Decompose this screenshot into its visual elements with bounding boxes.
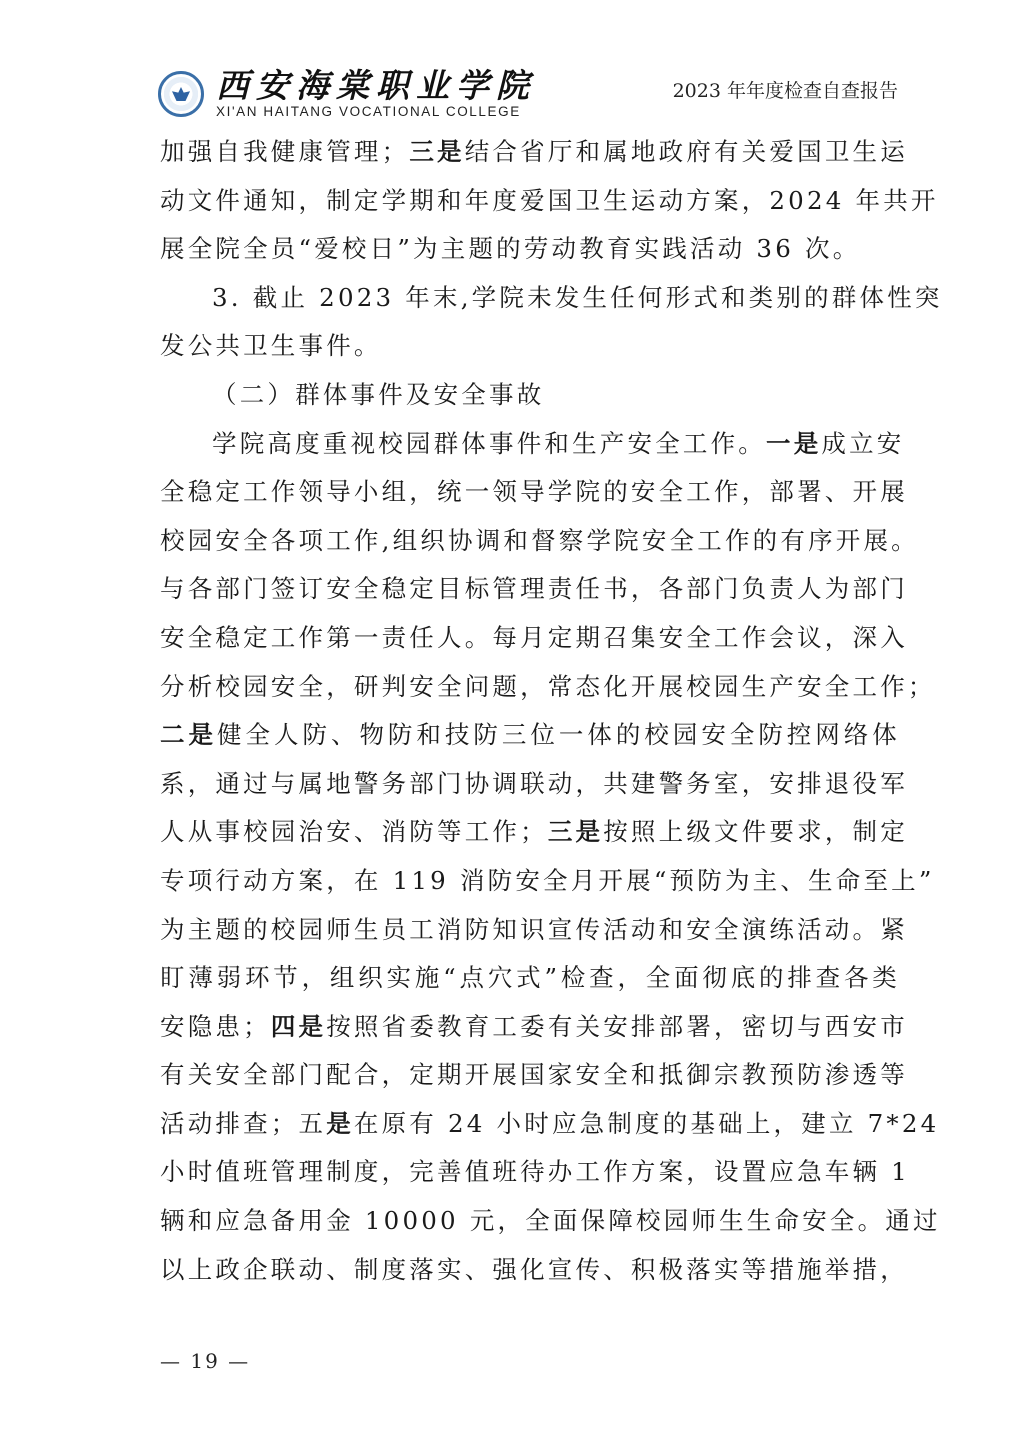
text-line: 动文件通知，制定学期和年度爱国卫生运动方案，2024 年共开	[160, 177, 900, 226]
college-logo: 西安海棠职业学院 XI'AN HAITANG VOCATIONAL COLLEG…	[158, 68, 536, 120]
college-name-en: XI'AN HAITANG VOCATIONAL COLLEGE	[216, 104, 536, 120]
text-line: 展全院全员“爱校日”为主题的劳动教育实践活动 36 次。	[160, 225, 900, 274]
report-title: 2023 年年度检查自查报告	[673, 76, 898, 103]
text-segment: 3. 截止 2023 年末,学院未发生任何形式和类别的群体性突	[212, 283, 943, 312]
text-line: 加强自我健康管理；三是结合省厅和属地政府有关爱国卫生运	[160, 128, 900, 177]
text-line: 盯薄弱环节，组织实施“点穴式”检查，全面彻底的排查各类	[160, 954, 900, 1003]
college-name-cn: 西安海棠职业学院	[216, 68, 536, 104]
bold-marker: 二是	[160, 720, 217, 749]
college-name-block: 西安海棠职业学院 XI'AN HAITANG VOCATIONAL COLLEG…	[216, 68, 536, 120]
college-seal-icon	[158, 71, 204, 117]
text-segment: 辆和应急备用金 10000 元，全面保障校园师生生命安全。通过	[160, 1206, 941, 1235]
text-segment: 成立安	[821, 429, 904, 458]
text-segment: 有关安全部门配合，定期开展国家安全和抵御宗教预防渗透等	[160, 1060, 908, 1089]
text-segment: 在原有 24 小时应急制度的基础上，建立 7*24	[354, 1109, 940, 1138]
bold-marker: 四是	[271, 1012, 326, 1041]
text-line: 学院高度重视校园群体事件和生产安全工作。一是成立安	[160, 420, 900, 469]
section-heading: （二）群体事件及安全事故	[160, 371, 900, 420]
text-line: 与各部门签订安全稳定目标管理责任书，各部门负责人为部门	[160, 565, 900, 614]
text-segment: （二）群体事件及安全事故	[212, 380, 544, 409]
text-segment: 按照上级文件要求，制定	[603, 817, 908, 846]
text-segment: 按照省委教育工委有关安排部署，密切与西安市	[326, 1012, 908, 1041]
text-segment: 学院高度重视校园群体事件和生产安全工作。	[212, 429, 766, 458]
text-segment: 人从事校园治安、消防等工作；	[160, 817, 548, 846]
bold-marker: 一是	[766, 429, 821, 458]
text-segment: 结合省厅和属地政府有关爱国卫生运	[465, 137, 908, 166]
text-segment: 专项行动方案，在 119 消防安全月开展“预防为主、生命至上”	[160, 866, 935, 895]
text-line: 人从事校园治安、消防等工作；三是按照上级文件要求，制定	[160, 808, 900, 857]
text-line: 3. 截止 2023 年末,学院未发生任何形式和类别的群体性突	[160, 274, 900, 323]
text-segment: 健全人防、物防和技防三位一体的校园安全防控网络体	[217, 720, 900, 749]
text-segment: 动文件通知，制定学期和年度爱国卫生运动方案，2024 年共开	[160, 186, 939, 215]
text-line: 系，通过与属地警务部门协调联动，共建警务室，安排退役军	[160, 760, 900, 809]
text-line: 安隐患；四是按照省委教育工委有关安排部署，密切与西安市	[160, 1003, 900, 1052]
text-line: 分析校园安全，研判安全问题，常态化开展校园生产安全工作；	[160, 663, 900, 712]
text-segment: 系，通过与属地警务部门协调联动，共建警务室，安排退役军	[160, 769, 908, 798]
text-segment: 分析校园安全，研判安全问题，常态化开展校园生产安全工作；	[160, 672, 936, 701]
text-line: 为主题的校园师生员工消防知识宣传活动和安全演练活动。紧	[160, 906, 900, 955]
text-line: 发公共卫生事件。	[160, 322, 900, 371]
text-segment: 发公共卫生事件。	[160, 331, 382, 360]
text-segment: 安全稳定工作第一责任人。每月定期召集安全工作会议，深入	[160, 623, 908, 652]
text-segment: 活动排查；五	[160, 1109, 326, 1138]
text-segment: 盯薄弱环节，组织实施“点穴式”检查，全面彻底的排查各类	[160, 963, 900, 992]
text-line: 辆和应急备用金 10000 元，全面保障校园师生生命安全。通过	[160, 1197, 900, 1246]
bold-marker: 三是	[548, 817, 603, 846]
text-line: 活动排查；五是在原有 24 小时应急制度的基础上，建立 7*24	[160, 1100, 900, 1149]
page-number: — 19 —	[160, 1349, 250, 1373]
page-header: 西安海棠职业学院 XI'AN HAITANG VOCATIONAL COLLEG…	[158, 68, 898, 124]
text-segment: 安隐患；	[160, 1012, 271, 1041]
text-segment: 加强自我健康管理；	[160, 137, 409, 166]
text-segment: 与各部门签订安全稳定目标管理责任书，各部门负责人为部门	[160, 574, 908, 603]
text-segment: 小时值班管理制度，完善值班待办工作方案，设置应急车辆 1	[160, 1157, 910, 1186]
text-line: 有关安全部门配合，定期开展国家安全和抵御宗教预防渗透等	[160, 1051, 900, 1100]
text-segment: 以上政企联动、制度落实、强化宣传、积极落实等措施举措，	[160, 1255, 908, 1284]
text-segment: 校园安全各项工作,组织协调和督察学院安全工作的有序开展。	[160, 526, 919, 555]
text-segment: 展全院全员“爱校日”为主题的劳动教育实践活动 36 次。	[160, 234, 860, 263]
bold-marker: 三是	[409, 137, 464, 166]
text-segment: 全稳定工作领导小组，统一领导学院的安全工作，部署、开展	[160, 477, 908, 506]
text-line: 专项行动方案，在 119 消防安全月开展“预防为主、生命至上”	[160, 857, 900, 906]
crown-emblem-icon	[172, 87, 190, 101]
bold-marker: 是	[326, 1109, 354, 1138]
text-line: 二是健全人防、物防和技防三位一体的校园安全防控网络体	[160, 711, 900, 760]
text-line: 小时值班管理制度，完善值班待办工作方案，设置应急车辆 1	[160, 1148, 900, 1197]
text-line: 以上政企联动、制度落实、强化宣传、积极落实等措施举措，	[160, 1246, 900, 1295]
text-line: 校园安全各项工作,组织协调和督察学院安全工作的有序开展。	[160, 517, 900, 566]
text-line: 安全稳定工作第一责任人。每月定期召集安全工作会议，深入	[160, 614, 900, 663]
document-body: 加强自我健康管理；三是结合省厅和属地政府有关爱国卫生运动文件通知，制定学期和年度…	[160, 128, 900, 1294]
text-segment: 为主题的校园师生员工消防知识宣传活动和安全演练活动。紧	[160, 915, 908, 944]
text-line: 全稳定工作领导小组，统一领导学院的安全工作，部署、开展	[160, 468, 900, 517]
